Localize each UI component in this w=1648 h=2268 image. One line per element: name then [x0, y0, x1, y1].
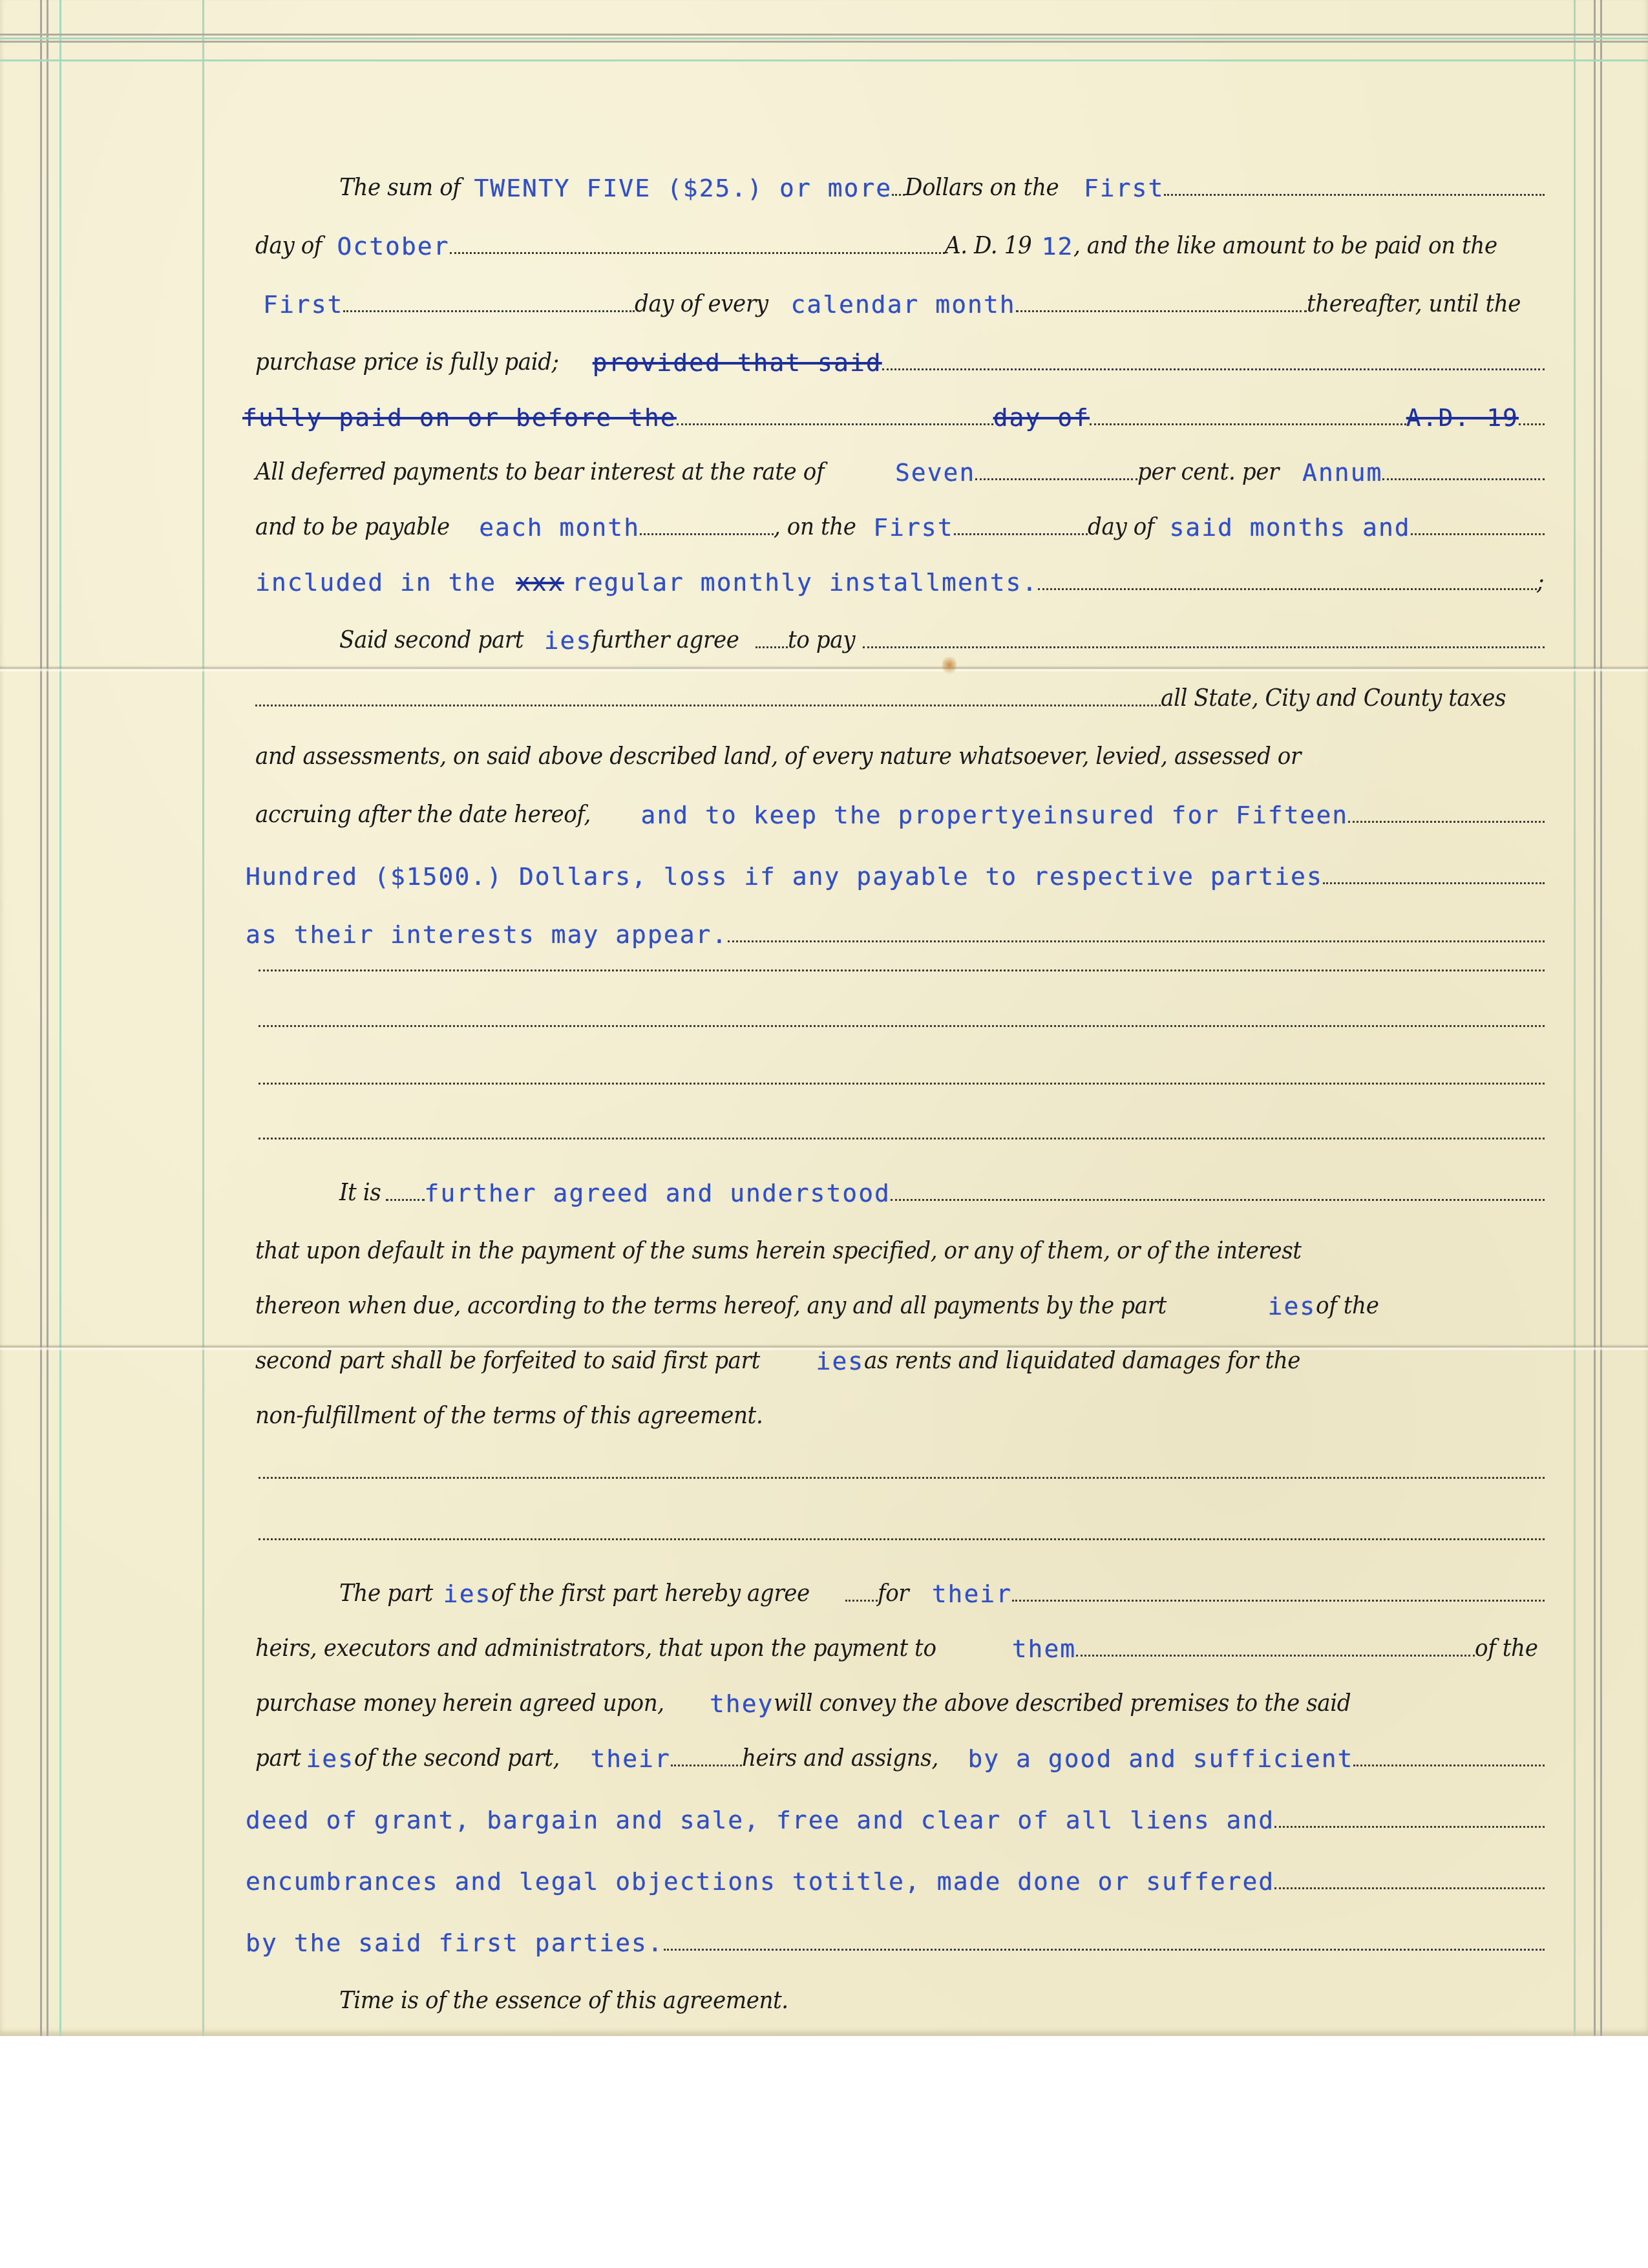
- typed-day: First: [873, 513, 953, 543]
- printed-text: and assessments, on said above described…: [255, 741, 1301, 772]
- printed-text: heirs, executors and administrators, tha…: [255, 1633, 936, 1664]
- blank-line: [975, 477, 1137, 480]
- typed-text: regular monthly installments.: [572, 568, 1038, 598]
- struck-text: fully paid on or before the: [242, 403, 677, 433]
- blank-line: [1411, 532, 1545, 535]
- default-line-4: second part shall be forfeited to said f…: [255, 1325, 1545, 1377]
- typed-pronoun: them: [1012, 1635, 1077, 1664]
- struck-text: day of: [993, 403, 1090, 433]
- margin-rule: [1600, 0, 1602, 2036]
- typed-text: Hundred ($1500.) Dollars, loss if any pa…: [246, 862, 1323, 892]
- typed-text: included in the: [255, 568, 496, 598]
- typed-pronoun: they: [710, 1690, 774, 1719]
- typed-rate: Seven: [895, 458, 975, 488]
- header-rule: [0, 37, 1648, 39]
- typed-text: as their interests may appear.: [246, 920, 728, 950]
- blank-line: [343, 309, 634, 312]
- printed-text: All deferred payments to bear interest a…: [255, 457, 824, 488]
- typed-text: encumbrances and legal objections totitl…: [246, 1867, 1274, 1897]
- printed-text: for: [878, 1578, 909, 1609]
- typed-text: deed of grant, bargain and sale, free an…: [246, 1806, 1274, 1836]
- printed-text: second part shall be forfeited to said f…: [255, 1346, 760, 1377]
- printed-text: Said second part: [339, 625, 523, 656]
- printed-text: further agree: [592, 625, 739, 656]
- interest-line-2: and to be payable each month , on the Fi…: [255, 491, 1545, 543]
- printed-text: part: [255, 1743, 301, 1774]
- printed-text: , and the like amount to be paid on the: [1073, 231, 1497, 262]
- blank-line: [954, 532, 1088, 535]
- typed-plural: ies: [1268, 1292, 1316, 1322]
- printed-text: , on the: [774, 512, 856, 543]
- taxes-line-3: and assessments, on said above described…: [255, 721, 1545, 772]
- blank-line: [728, 939, 1545, 942]
- printed-text: all State, City and County taxes: [1161, 683, 1506, 714]
- blank-line: [1164, 193, 1545, 196]
- header-rule: [0, 41, 1648, 43]
- typed-period: Annum: [1302, 458, 1382, 488]
- taxes-line-6: as their interests may appear.: [246, 898, 1545, 950]
- default-line-1: It is further agreed and understood: [339, 1157, 1545, 1209]
- typed-text: by a good and sufficient: [967, 1744, 1353, 1774]
- document-page: The sum of TWENTY FIVE ($25.) or more Do…: [0, 0, 1648, 2036]
- printed-text: It is: [339, 1178, 381, 1209]
- blank-line: [1012, 1598, 1545, 1602]
- printed-text: ;: [1537, 567, 1544, 598]
- printed-text: day of: [255, 231, 322, 262]
- struck-text: A.D. 19: [1406, 403, 1519, 433]
- taxes-line-5: Hundred ($1500.) Dollars, loss if any pa…: [246, 840, 1545, 892]
- typed-amount: TWENTY FIVE ($25.) or more: [474, 174, 892, 204]
- margin-rule: [40, 0, 42, 2036]
- margin-rule: [202, 0, 204, 2036]
- blank-line: [1016, 309, 1307, 312]
- closing-line: Time is of the essence of this agreement…: [339, 1965, 1545, 2017]
- payment-line-3: First day of every calendar month therea…: [255, 268, 1545, 320]
- blank-line: [1274, 1825, 1545, 1828]
- closing-statement: Time is of the essence of this agreement…: [339, 1986, 788, 2017]
- typed-day: First: [263, 290, 343, 320]
- margin-rule: [1574, 0, 1576, 2036]
- blank-line: [1323, 881, 1545, 884]
- blank-rule: [259, 970, 1545, 971]
- printed-text: of the: [1316, 1291, 1379, 1322]
- printed-text: day of every: [635, 289, 768, 320]
- typed-text: and to keep the propertyeinsured for Fif…: [641, 801, 1349, 831]
- conveyance-line-3: purchase money herein agreed upon, they …: [255, 1668, 1545, 1719]
- blank-line: [677, 422, 993, 425]
- printed-text: The sum of: [339, 173, 461, 204]
- conveyance-line-2: heirs, executors and administrators, tha…: [255, 1613, 1545, 1664]
- payment-line-2: day of October A. D. 19 12 , and the lik…: [255, 210, 1545, 262]
- blank-rule: [259, 1083, 1545, 1085]
- default-line-5: non-fulfillment of the terms of this agr…: [255, 1380, 1545, 1432]
- printed-text: that upon default in the payment of the …: [255, 1236, 1302, 1267]
- margin-rule: [47, 0, 48, 2036]
- typed-text: further agreed and understood: [425, 1179, 891, 1209]
- printed-text: thereon when due, according to the terms…: [255, 1291, 1167, 1322]
- printed-text: as rents and liquidated damages for the: [864, 1346, 1300, 1377]
- blank-line: [1348, 820, 1545, 823]
- taxes-line-2: all State, City and County taxes: [255, 662, 1545, 714]
- default-line-3: thereon when due, according to the terms…: [255, 1270, 1545, 1322]
- printed-text: The part: [339, 1578, 433, 1609]
- typed-frequency: each month: [479, 513, 640, 543]
- typed-text: said months and: [1169, 513, 1410, 543]
- typed-pronoun: their: [932, 1580, 1012, 1609]
- blank-line: [1090, 422, 1406, 425]
- typed-month: October: [337, 232, 449, 262]
- margin-rule: [1594, 0, 1596, 2036]
- payment-line-4: purchase price is fully paid; provided t…: [255, 326, 1545, 378]
- blank-line: [863, 645, 1545, 648]
- printed-text: per cent. per: [1137, 457, 1279, 488]
- printed-text: heirs and assigns,: [742, 1743, 938, 1774]
- default-line-2: that upon default in the payment of the …: [255, 1215, 1545, 1267]
- blank-line: [1274, 1886, 1545, 1889]
- blank-line: [1353, 1763, 1545, 1766]
- blank-line: [640, 532, 774, 535]
- printed-text: will convey the above described premises…: [774, 1688, 1351, 1719]
- blank-line: [450, 251, 945, 254]
- interest-line-3: included in the xxx regular monthly inst…: [255, 546, 1545, 598]
- typed-day: First: [1084, 174, 1164, 204]
- taxes-line-4: accruing after the date hereof, and to k…: [255, 779, 1545, 831]
- printed-text: and to be payable: [255, 512, 450, 543]
- typed-plural: ies: [443, 1580, 492, 1609]
- payment-line-1: The sum of TWENTY FIVE ($25.) or more Do…: [339, 152, 1545, 204]
- printed-text: purchase money herein agreed upon,: [255, 1688, 664, 1719]
- blank-rule: [259, 1025, 1545, 1027]
- conveyance-line-5: deed of grant, bargain and sale, free an…: [246, 1784, 1545, 1836]
- blank-rule: [259, 1477, 1545, 1479]
- blank-line: [1038, 587, 1536, 590]
- typed-period: calendar month: [790, 290, 1015, 320]
- typed-plural: ies: [816, 1347, 865, 1377]
- conveyance-line-7: by the said first parties.: [246, 1907, 1545, 1958]
- margin-rule: [59, 0, 61, 2036]
- struck-text: xxx: [516, 568, 564, 598]
- blank-line: [255, 703, 1161, 706]
- printed-text: A. D. 19: [945, 231, 1031, 262]
- blank-line: [1076, 1653, 1475, 1657]
- blank-rule: [259, 1138, 1545, 1139]
- typed-plural: ies: [306, 1744, 354, 1774]
- payment-line-5: fully paid on or before the day of A.D. …: [242, 381, 1545, 433]
- interest-line-1: All deferred payments to bear interest a…: [255, 436, 1545, 488]
- printed-text: Dollars on the: [905, 173, 1059, 204]
- typed-year: 12: [1042, 232, 1074, 262]
- printed-text: of the: [1475, 1633, 1537, 1664]
- blank-line: [664, 1947, 1545, 1951]
- printed-text: of the second part,: [354, 1743, 560, 1774]
- blank-line: [1382, 477, 1545, 480]
- conveyance-line-4: part ies of the second part, their heirs…: [255, 1722, 1545, 1774]
- conveyance-line-6: encumbrances and legal objections totitl…: [246, 1845, 1545, 1897]
- printed-text: purchase price is fully paid;: [255, 347, 559, 378]
- printed-text: to pay: [788, 625, 855, 656]
- conveyance-line-1: The part ies of the first part hereby ag…: [339, 1558, 1545, 1609]
- typed-pronoun: their: [590, 1744, 670, 1774]
- typed-text: by the said first parties.: [246, 1929, 664, 1958]
- blank-line: [882, 367, 1545, 370]
- printed-text: thereafter, until the: [1307, 289, 1521, 320]
- typed-plural: ies: [544, 626, 593, 656]
- printed-text: day of: [1088, 512, 1154, 543]
- printed-text: non-fulfillment of the terms of this agr…: [255, 1401, 763, 1432]
- blank-rule: [259, 1538, 1545, 1540]
- header-rule: [0, 59, 1648, 61]
- printed-text: of the first part hereby agree: [491, 1578, 810, 1609]
- taxes-line-1: Said second part ies further agree to pa…: [339, 604, 1545, 656]
- printed-text: accruing after the date hereof,: [255, 800, 591, 831]
- header-rule: [0, 34, 1648, 36]
- struck-text: provided that said: [593, 348, 882, 378]
- blank-line: [891, 1198, 1545, 1201]
